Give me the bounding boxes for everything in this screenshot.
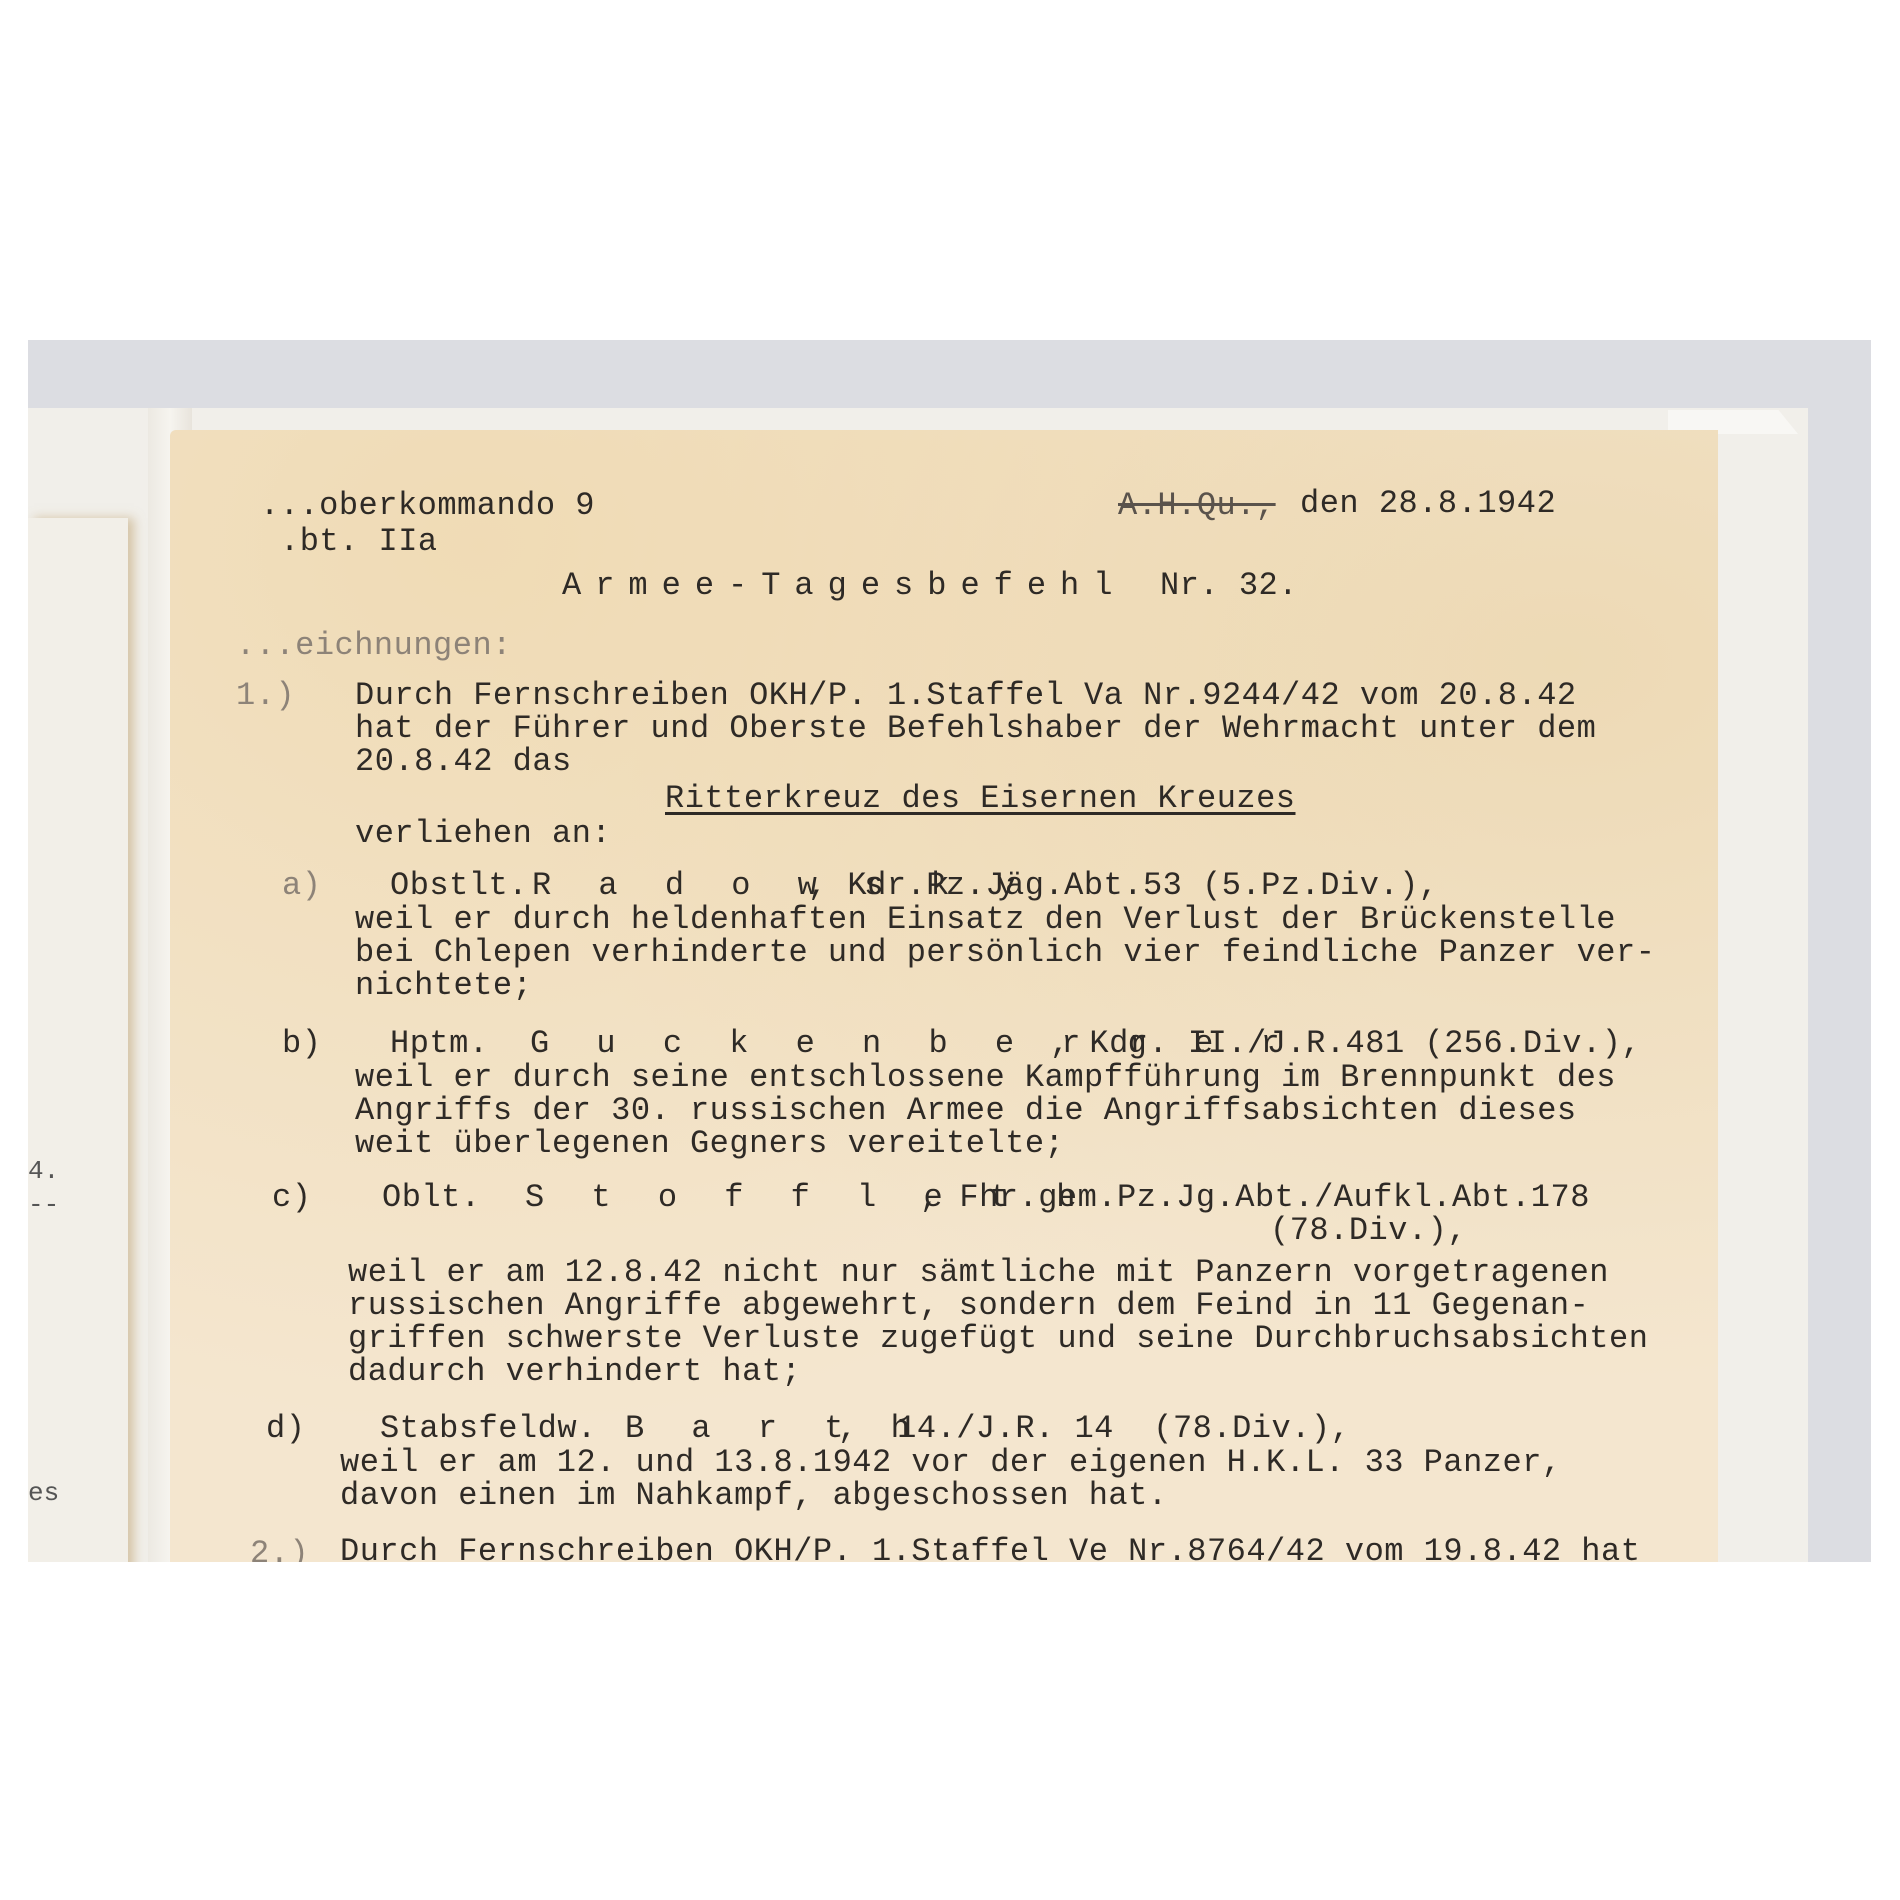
recipient-reason: weil er durch heldenhaften Einsatz den V…	[355, 904, 1616, 936]
award-name: Ritterkreuz des Eisernen Kreuzes	[665, 783, 1296, 815]
recipient-reason: dadurch verhindert hat;	[348, 1356, 801, 1388]
document-number: Nr. 32.	[1160, 570, 1298, 602]
header-unit: ...oberkommando 9	[260, 490, 595, 522]
section-heading: ...eichnungen:	[236, 630, 512, 662]
recipient-reason: bei Chlepen verhinderte und persönlich v…	[355, 937, 1655, 969]
recipient-rank: Stabsfeldw.	[380, 1413, 597, 1445]
recipient-unit: , Kdr.Pz.Jäg.Abt.53 (5.Pz.Div.),	[808, 870, 1439, 902]
recipient-marker: d)	[266, 1413, 305, 1445]
recipient-rank: Obstlt.	[390, 870, 528, 902]
recipient-reason: griffen schwerste Verluste zugefügt und …	[348, 1323, 1648, 1355]
sheet-fragment: 4.	[28, 1156, 59, 1186]
recipient-reason: Angriffs der 30. russischen Armee die An…	[355, 1095, 1577, 1127]
section-1-line: hat der Führer und Oberste Befehlshaber …	[355, 713, 1596, 745]
recipient-marker: c)	[272, 1182, 311, 1214]
recipient-reason: weil er durch seine entschlossene Kampff…	[355, 1062, 1616, 1094]
section-1-line: Durch Fernschreiben OKH/P. 1.Staffel Va …	[355, 680, 1577, 712]
sheet-fragment: --	[28, 1190, 59, 1220]
document-title: Armee-Tagesbefehl	[562, 570, 1126, 602]
recipient-reason: weil er am 12.8.42 nicht nur sämtliche m…	[348, 1257, 1609, 1289]
recipient-reason: nichtete;	[355, 970, 532, 1002]
recipient-marker: b)	[282, 1028, 321, 1060]
underlying-sheet: 4. -- es	[28, 518, 128, 1562]
section-1-line: 20.8.42 das	[355, 746, 572, 778]
recipient-reason: weil er am 12. und 13.8.1942 vor der eig…	[340, 1447, 1562, 1479]
section-2-line: Durch Fernschreiben OKH/P. 1.Staffel Ve …	[340, 1536, 1640, 1562]
document-photo: 4. -- es ...oberkommando 9 .bt. IIa A.H.…	[28, 340, 1871, 1562]
recipient-rank: Oblt.	[382, 1182, 481, 1214]
recipient-unit: , 14./J.R. 14 (78.Div.),	[838, 1413, 1350, 1445]
recipient-rank: Hptm.	[390, 1028, 489, 1060]
header-place: A.H.Qu.,	[1118, 490, 1276, 522]
header-dept: .bt. IIa	[280, 526, 438, 558]
recipient-unit: , Fhr.gem.Pz.Jg.Abt./Aufkl.Abt.178	[920, 1182, 1590, 1214]
recipient-reason: russischen Angriffe abgewehrt, sondern d…	[348, 1290, 1589, 1322]
section-1-marker: 1.)	[236, 680, 295, 712]
sheet-fragment: es	[28, 1478, 59, 1508]
recipient-reason: davon einen im Nahkampf, abgeschossen ha…	[340, 1480, 1168, 1512]
section-1-closing: verliehen an:	[355, 818, 611, 850]
header-date: den 28.8.1942	[1300, 488, 1556, 520]
recipient-reason: weit überlegenen Gegners vereitelte;	[355, 1128, 1064, 1160]
section-2-marker: 2.)	[250, 1538, 309, 1562]
typed-document: ...oberkommando 9 .bt. IIa A.H.Qu., den …	[170, 430, 1718, 1562]
recipient-unit-cont: (78.Div.),	[1270, 1215, 1467, 1247]
recipient-marker: a)	[282, 870, 321, 902]
recipient-unit: , Kdr. II./J.R.481 (256.Div.),	[1050, 1028, 1641, 1060]
